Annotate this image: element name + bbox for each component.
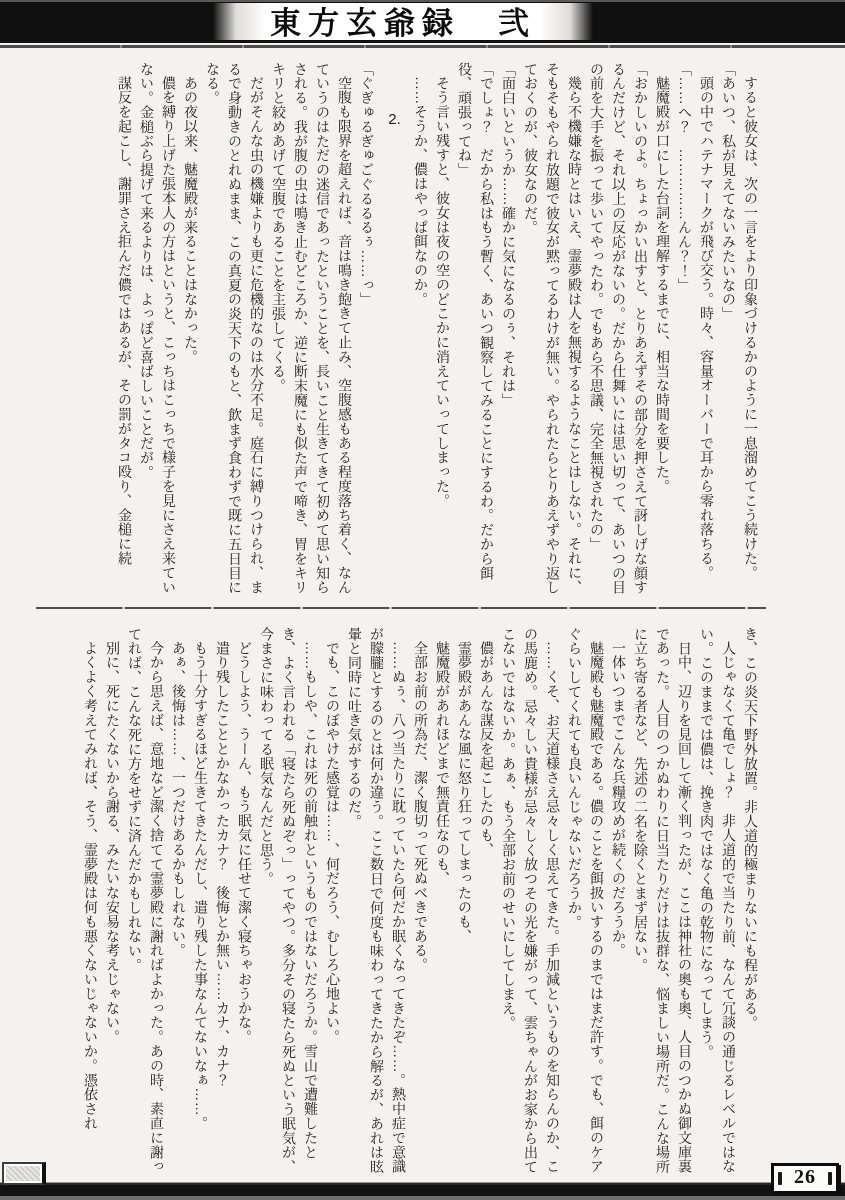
- paragraph: 「ぐぎゅるぎゅごぐるるるぅ……っ」: [356, 62, 378, 602]
- paragraph: 霊夢殿があんな風に怒り狂ってしまったのも、: [454, 627, 476, 1180]
- block-divider-rule: [36, 607, 766, 609]
- section-heading: 2.: [383, 62, 405, 602]
- page-tick-left-icon: [778, 1172, 782, 1185]
- paragraph: 魅魔殿も魅魔殿である。儂のことを餌扱いするのまではまだ許す。でも、餌のケアぐらい…: [564, 627, 608, 1180]
- page-number-plate: 26: [771, 1163, 839, 1194]
- paragraph: だがそんな虫の機嫌よりも更に危機的なのは水分不足。庭石に縛りつけられ、まるで身動…: [202, 62, 268, 602]
- paragraph: よくよく考えてみれば、そう、霊夢殿は何も悪くないじゃないか。憑依され: [80, 627, 102, 1180]
- paragraph: 魅魔殿があれほどまで無責任なのも、: [432, 627, 454, 1180]
- paragraph: もう十分すぎるほど生きてきたんだし、遣り残した事なんてないなぁ……。: [190, 627, 212, 1180]
- paragraph: ……もしや、これは死の前触れというものではないだろうか。雪山で遭難したとき、よく…: [256, 627, 322, 1180]
- paragraph: ……くそ、お天道様さえ忌々しく思えてきた。手加減というものを知らんのか、この馬鹿…: [498, 627, 564, 1180]
- title-strip: 東方玄爺録 弐: [213, 3, 593, 40]
- paragraph: 「……へ？ ……………んん？！」: [674, 62, 696, 602]
- paragraph: 別に、死にたくないから謝る、みたいな安易な考えじゃない。: [102, 627, 124, 1180]
- paragraph: でも、このぼやけた感覚は……、何だろう、むしろ心地よい。: [322, 627, 344, 1180]
- paragraph: 魅魔殿が口にした台詞を理解するまでに、相当な時間を要した。: [652, 62, 674, 602]
- paragraph: 「面白いというか……確かに気になるのぅ、それは」: [498, 62, 520, 602]
- section-2-text-continued: き、この炎天下野外放置。非人道的極まりないにも程がある。人じゃなくて亀でしょ？ …: [80, 627, 762, 1180]
- paragraph: ……ぬぅ、八つ当たりに耽っていたら何だか眠くなってきたぞ……。熱中症で意識が朦朧…: [344, 627, 410, 1180]
- paragraph: 「おかしいのよ。ちょっかい出すと、とりあえずその部分を押さえて訝しげな顔するんだ…: [586, 62, 652, 602]
- paragraph: 「でしょ？ だから私はもう暫く、あいつ観察してみることにするわ。だから餌役、頑張…: [454, 62, 498, 602]
- paragraph: 人じゃなくて亀でしょ？ 非人道的で当たり前、なんて冗談の通じるレベルではない。こ…: [696, 627, 740, 1180]
- corner-halftone-box: [2, 1162, 46, 1185]
- paragraph: 儂があんな謀反を起こしたのも、: [476, 627, 498, 1180]
- paragraph: 一体いつまでこんな兵糧攻めが続くのだろうか。: [608, 627, 630, 1180]
- paragraph: 遣り残したこととかなかったカナ？ 後悔とか無い……カナ、カナ？: [212, 627, 234, 1180]
- section-1-text: すると彼女は、次の一言をより印象づけるかのように一息溜めてこう続けた。「あいつ、…: [410, 62, 762, 602]
- text-block-top: すると彼女は、次の一言をより印象づけるかのように一息溜めてこう続けた。「あいつ、…: [36, 62, 762, 602]
- paragraph: 今から思えば、意地など潔く捨てて霊夢殿に謝ればよかった。あの時、素直に謝ってれば…: [124, 627, 168, 1180]
- paragraph: 「あいつ、私が見えてないみたいなの」: [718, 62, 740, 602]
- footer-bar: [0, 1182, 845, 1200]
- paragraph: 謀反を起こし、謝罪さえ拒んだ儂ではあるが、その罰がタコ殴り、金槌に続: [114, 62, 136, 602]
- paragraph: 儂を縛り上げた張本人の方はというと、こっちはこっちで様子を見にさえ来ていない。金…: [136, 62, 180, 602]
- paragraph: 幾ら不機嫌な時とはいえ、霊夢殿は人を無視するようなことはしない。それに、そもそも…: [520, 62, 586, 602]
- paragraph: 全部お前の所為だ、潔く腹切って死ぬべきである。: [410, 627, 432, 1180]
- paragraph: あの夜以来、魅魔殿が来ることはなかった。: [180, 62, 202, 602]
- header-underline: [0, 45, 845, 48]
- paragraph: 日中、辺りを見回して漸く判ったが、ここは神社の奥も奥、人目のつかぬ御文庫裏であっ…: [630, 627, 696, 1180]
- paragraph: き、この炎天下野外放置。非人道的極まりないにも程がある。: [740, 627, 762, 1180]
- paragraph: あぁ、後悔は……、一つだけあるかもしれない。: [168, 627, 190, 1180]
- scanned-book-page: 東方玄爺録 弐 すると彼女は、次の一言をより印象づけるかのように一息溜めてこう続…: [0, 0, 845, 1200]
- paragraph: どうしよう、うーん、もう眠気に任せて潔く寝ちゃおうかな。: [234, 627, 256, 1180]
- section-2-text: 「ぐぎゅるぎゅごぐるるるぅ……っ」空腹も限界を超えれば、音は鳴き飽きて止み、空腹…: [114, 62, 378, 602]
- paragraph: ……そうか、儂はやっぱ餌なのか。: [410, 62, 432, 602]
- section-number: 2.: [386, 112, 403, 127]
- paragraph: 空腹も限界を超えれば、音は鳴き飽きて止み、空腹感もある程度落ち着く、なんていうの…: [268, 62, 356, 602]
- paragraph: 頭の中でハテナマークが飛び交う。時々、容量オーバーで耳から零れ落ちる。: [696, 62, 718, 602]
- book-title: 東方玄爺録 弐: [270, 0, 536, 43]
- paragraph: そう言い残すと、彼女は夜の空のどこかに消えていってしまった。: [432, 62, 454, 602]
- paragraph: すると彼女は、次の一言をより印象づけるかのように一息溜めてこう続けた。: [740, 62, 762, 602]
- page-tick-right-icon: [828, 1172, 832, 1185]
- text-block-bottom: き、この炎天下野外放置。非人道的極まりないにも程がある。人じゃなくて亀でしょ？ …: [36, 627, 762, 1180]
- page-number: 26: [794, 1166, 816, 1189]
